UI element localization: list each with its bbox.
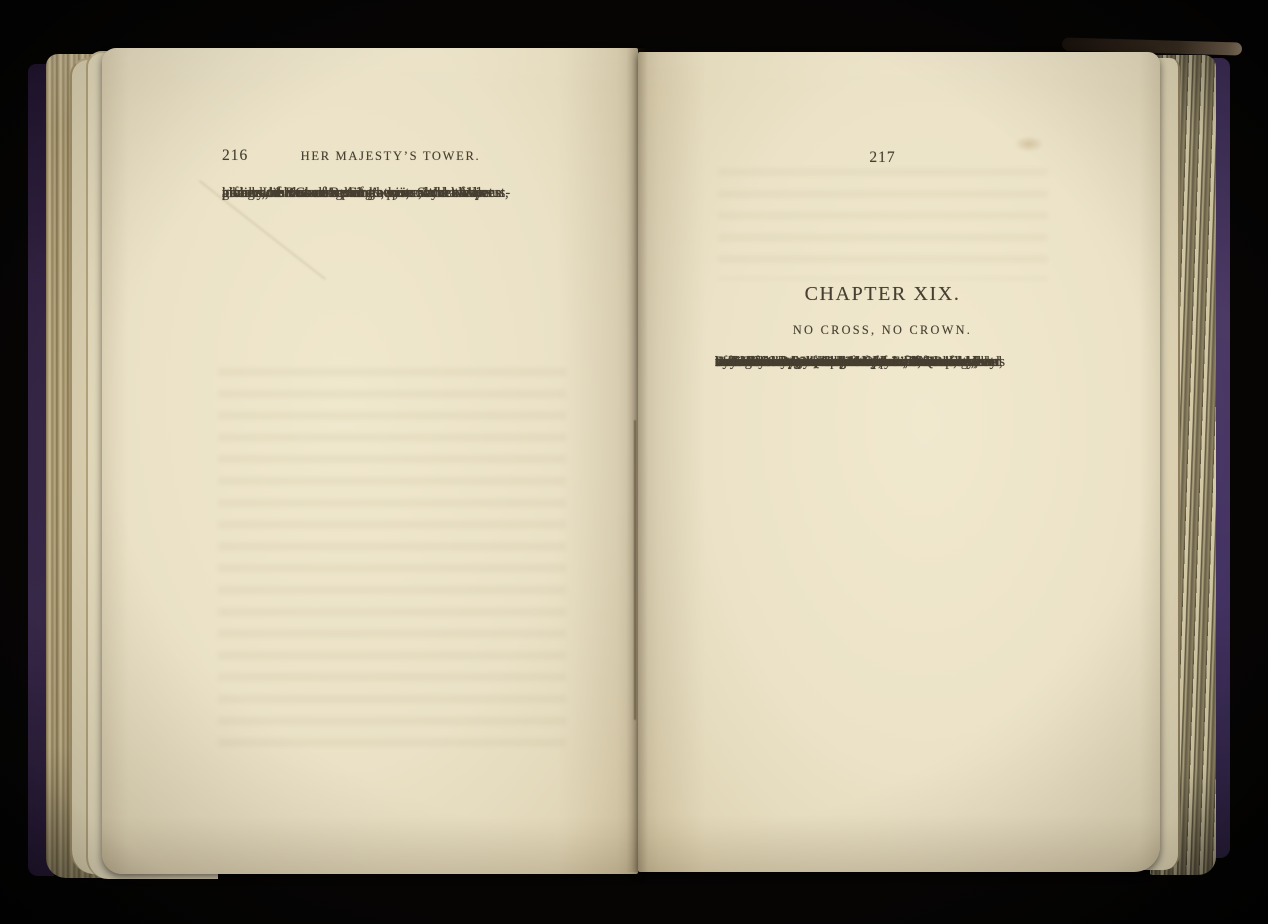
gutter-shadow [626, 48, 648, 872]
left-page-header: 216 HER MAJESTY’S TOWER. [222, 147, 559, 169]
right-page-number: 217 [715, 149, 1050, 167]
gutter-crease [634, 420, 636, 720]
text-line: infamy of his course. [222, 183, 347, 205]
chapter-subtitle: NO CROSS, NO CROWN. [715, 323, 1050, 338]
chapter-heading: CHAPTER XIX. [715, 283, 1050, 306]
show-through-text-left [218, 368, 566, 756]
text-line: Ash Wednesday ; and Mary, on consenting … [715, 352, 994, 374]
running-header: HER MAJESTY’S TOWER. [222, 149, 559, 164]
show-through-text-right [718, 168, 1048, 280]
book-photo: 216 HER MAJESTY’S TOWER. given. It is no… [0, 0, 1268, 924]
